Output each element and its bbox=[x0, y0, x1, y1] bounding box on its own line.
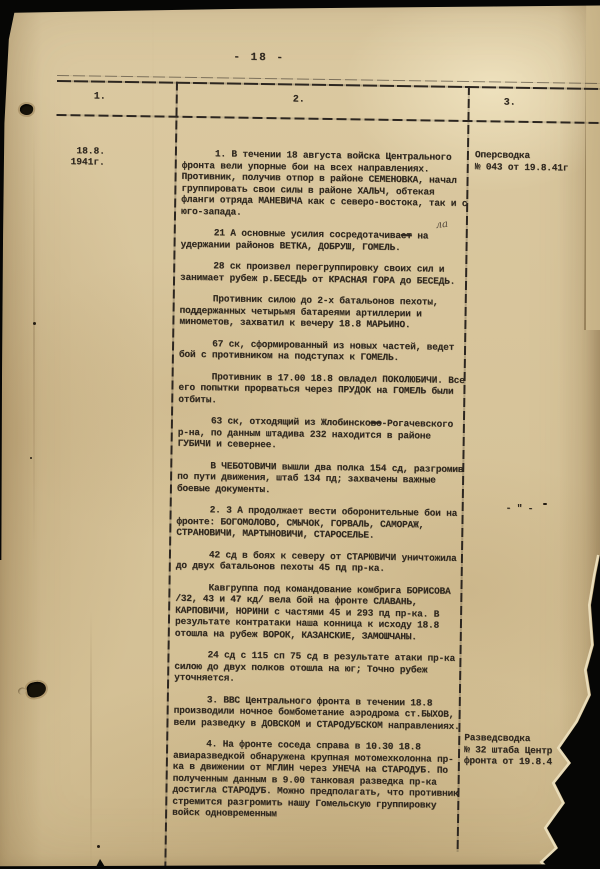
paragraph: В ЧЕБОТОВИЧИ вышли два полка 154 сд, раз… bbox=[177, 459, 466, 498]
report-body: 1. В течении 18 августа войска Центральн… bbox=[172, 148, 471, 833]
page-number: - 18 - bbox=[233, 52, 323, 65]
margin-note-ditto: - " - bbox=[506, 503, 566, 515]
column-header-2: 2. bbox=[293, 94, 305, 105]
paragraph: 21 А основные усилия сосредотачиваетла н… bbox=[180, 227, 469, 254]
column-header-3: 3. bbox=[504, 98, 516, 109]
paragraph: 1. В течении 18 августа войска Центральн… bbox=[181, 148, 471, 221]
paragraph: 42 сд в боях к северу от СТАРЮВИЧИ уничт… bbox=[176, 548, 465, 575]
paragraph: 4. На фронте соседа справа в 10.30 18.8 … bbox=[172, 738, 462, 823]
paragraph: 63 ск, отходящий из Жлобинсково-Рогачевс… bbox=[178, 415, 467, 454]
torn-corner bbox=[528, 539, 600, 869]
table-header-rule bbox=[56, 114, 600, 124]
paragraph: Противник силою до 2-х батальонов пехоты… bbox=[179, 293, 468, 332]
paragraph: 3. ВВС Центрального фронта в течении 18.… bbox=[173, 693, 462, 732]
column-header-1: 1. bbox=[94, 92, 106, 103]
margin-note-opersvodka: Оперсводка № 043 от 19.8.41г bbox=[475, 149, 599, 174]
paragraph: 67 ск, сформированный из новых частей, в… bbox=[179, 337, 468, 364]
paragraph: Противник в 17.00 18.8 овладел ПОКОЛЮБИЧ… bbox=[178, 370, 467, 409]
entry-date-year: 1941г. bbox=[55, 156, 105, 168]
paragraph: Кавгруппа под командование комбрига БОРИ… bbox=[175, 581, 465, 643]
entry-date: 18.8. 1941г. bbox=[55, 145, 105, 168]
typed-content: - 18 - 1. 2. 3. 18.8. 1941г. 1. В течени… bbox=[0, 0, 600, 869]
paragraph: 28 ск произвел перегруппировку своих сил… bbox=[180, 260, 469, 287]
struck-text: во bbox=[370, 418, 381, 429]
scanned-document-page: - 18 - 1. 2. 3. 18.8. 1941г. 1. В течени… bbox=[0, 0, 600, 869]
entry-date-day: 18.8. bbox=[55, 145, 105, 157]
paragraph: 2. 3 А продолжает вести оборонительные б… bbox=[176, 504, 465, 543]
paragraph: 24 сд с 115 сп 75 сд в результате атаки … bbox=[174, 649, 463, 688]
struck-text: етла bbox=[401, 230, 412, 241]
